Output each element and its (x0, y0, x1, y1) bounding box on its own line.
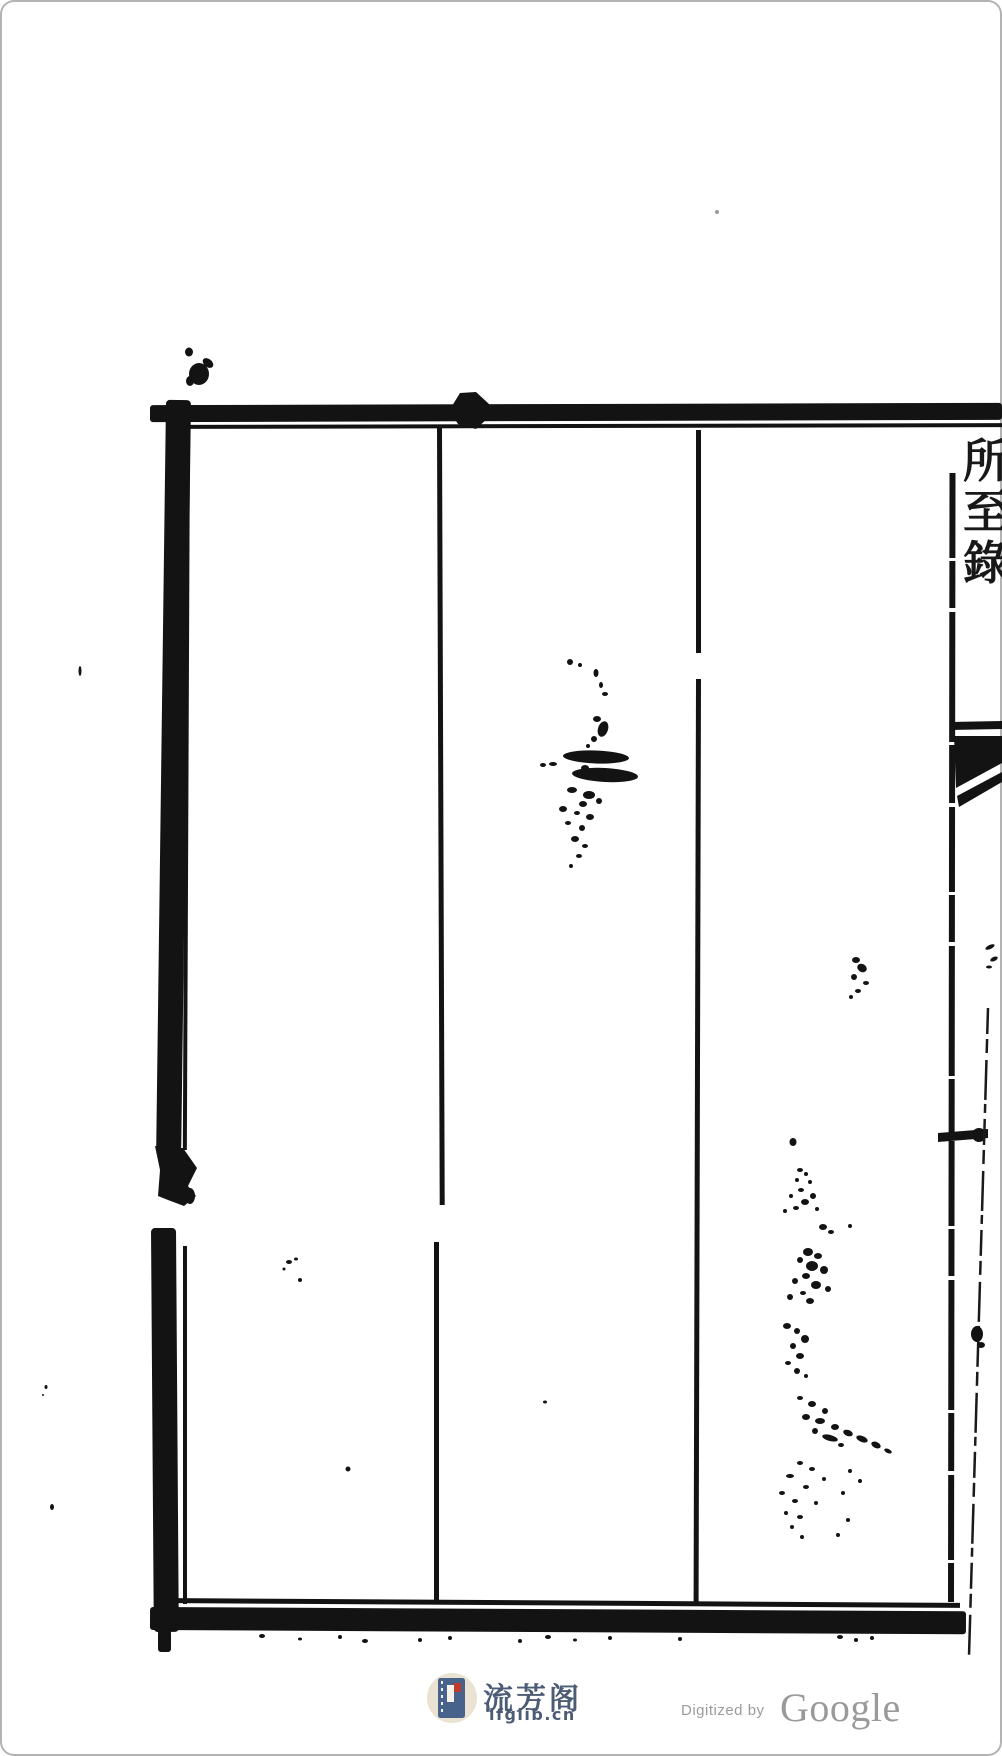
margin-title-char-3: 錄 (963, 538, 1002, 589)
frame-left-inner-line-lower (183, 1246, 187, 1604)
ink-smudge-middle-column (540, 659, 638, 868)
scanned-book-page: 所 至 錄 流芳阁 lfglib.cn Digitized by Google (0, 0, 1002, 1756)
frame-left-border-lower (151, 1228, 179, 1632)
frame-top-border (150, 403, 1002, 422)
margin-title-char-2: 至 (963, 487, 1002, 538)
margin-title-characters: 所 至 錄 (963, 436, 1002, 606)
column-divider-1-upper (437, 428, 445, 1205)
left-border-hook-tail (185, 1188, 195, 1204)
book-title-slip (447, 1685, 454, 1702)
red-seal-icon (454, 1683, 461, 1692)
frame-left-border-tail (158, 1630, 171, 1652)
google-watermark-logo: Google (780, 1684, 901, 1731)
frame-bottom-inner-line (158, 1598, 960, 1608)
lfglib-watermark-site: lfglib.cn (489, 1705, 576, 1724)
column-divider-2-lower (694, 679, 701, 1602)
digitized-by-text: Digitized by (681, 1702, 765, 1719)
ink-blob-top-left (185, 348, 215, 387)
column-divider-1-lower (434, 1242, 439, 1602)
column-divider-2-upper (696, 430, 701, 653)
scan-ink-artifacts (0, 0, 1002, 1756)
ink-smudge-right-column (779, 1138, 892, 1539)
book-icon (438, 1678, 465, 1718)
lfglib-logo-icon (427, 1673, 477, 1723)
ink-smudge-right-edge (849, 943, 998, 999)
frame-bottom-border (150, 1607, 966, 1634)
left-border-hook-blob (155, 1146, 197, 1206)
frame-top-inner-line (184, 423, 1002, 429)
fishtail-mark (938, 473, 1002, 1656)
margin-title-char-1: 所 (963, 436, 1002, 487)
